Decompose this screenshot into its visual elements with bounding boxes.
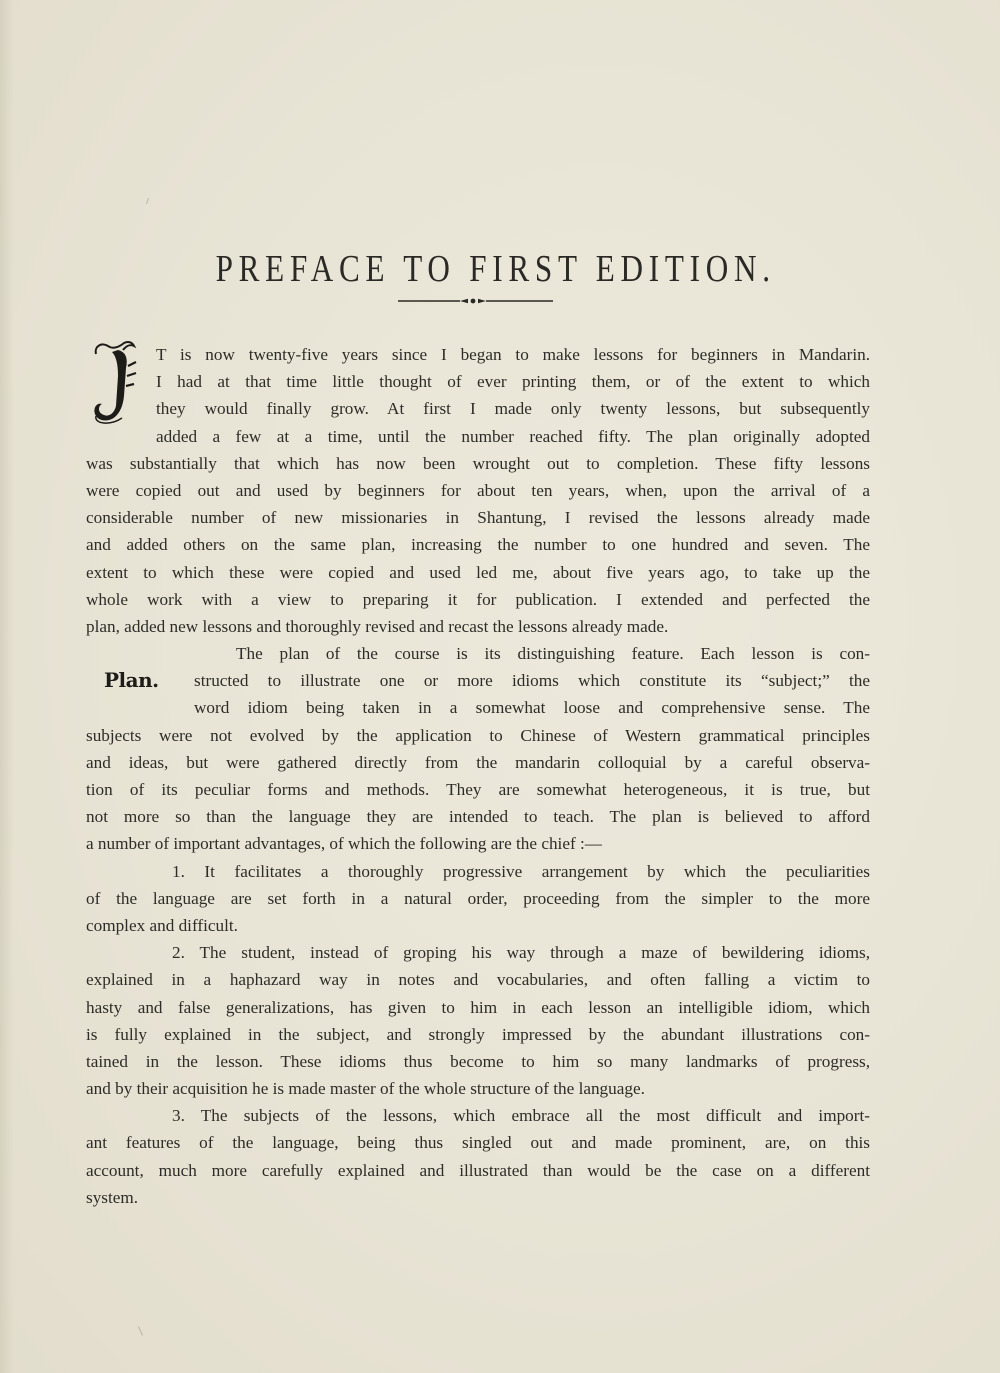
list-item-2-line: is fully explained in the subject, and s… xyxy=(86,1021,870,1048)
text-line: T is now twenty-five years since I began… xyxy=(86,341,870,368)
list-item-1-line: complex and difficult. xyxy=(86,912,870,939)
scanned-page: PREFACE TO FIRST EDITION. Plan. T is now… xyxy=(0,0,1000,1373)
text-line: and added others on the same plan, incre… xyxy=(86,531,870,558)
text-line: considerable number of new missionaries … xyxy=(86,504,870,531)
text-line: whole work with a view to preparing it f… xyxy=(86,586,870,613)
list-item-3-line: 3. The subjects of the lessons, which em… xyxy=(86,1102,870,1129)
text-line: added a few at a time, until the number … xyxy=(86,423,870,450)
list-item-2-line: hasty and false generalizations, has giv… xyxy=(86,994,870,1021)
text-line: extent to which these were copied and us… xyxy=(86,559,870,586)
text-line: a number of important advantages, of whi… xyxy=(86,830,870,857)
text-line: and ideas, but were gathered directly fr… xyxy=(86,749,870,776)
list-item-2-line: 2. The student, instead of groping his w… xyxy=(86,939,870,966)
text-line: they would finally grow. At first I made… xyxy=(86,395,870,422)
ornamental-rule-icon xyxy=(398,298,553,304)
list-item-2-line: explained in a haphazard way in notes an… xyxy=(86,966,870,993)
list-item-3-line: system. xyxy=(86,1184,870,1211)
list-item-2-line: and by their acquisition he is made mast… xyxy=(86,1075,870,1102)
text-line: structed to illustrate one or more idiom… xyxy=(86,667,870,694)
text-line: The plan of the course is its distinguis… xyxy=(86,640,870,667)
preface-body: T is now twenty-five years since I began… xyxy=(86,341,870,1211)
page-title: PREFACE TO FIRST EDITION. xyxy=(86,247,906,291)
list-item-3-line: account, much more carefully explained a… xyxy=(86,1157,870,1184)
text-line: tion of its peculiar forms and methods. … xyxy=(86,776,870,803)
text-line: plan, added new lessons and thoroughly r… xyxy=(86,613,870,640)
text-line: not more so than the language they are i… xyxy=(86,803,870,830)
text-line: was substantially that which has now bee… xyxy=(86,450,870,477)
paper-speck xyxy=(146,198,149,204)
list-item-3-line: ant features of the language, being thus… xyxy=(86,1129,870,1156)
text-line: I had at that time little thought of eve… xyxy=(86,368,870,395)
list-item-2-line: tained in the lesson. These idioms thus … xyxy=(86,1048,870,1075)
text-line: word idiom being taken in a somewhat loo… xyxy=(86,694,870,721)
paper-speck xyxy=(138,1326,143,1335)
list-item-1-line: of the language are set forth in a natur… xyxy=(86,885,870,912)
text-line: subjects were not evolved by the applica… xyxy=(86,722,870,749)
list-item-1-line: 1. It facilitates a thoroughly progressi… xyxy=(86,858,870,885)
text-line: were copied out and used by beginners fo… xyxy=(86,477,870,504)
